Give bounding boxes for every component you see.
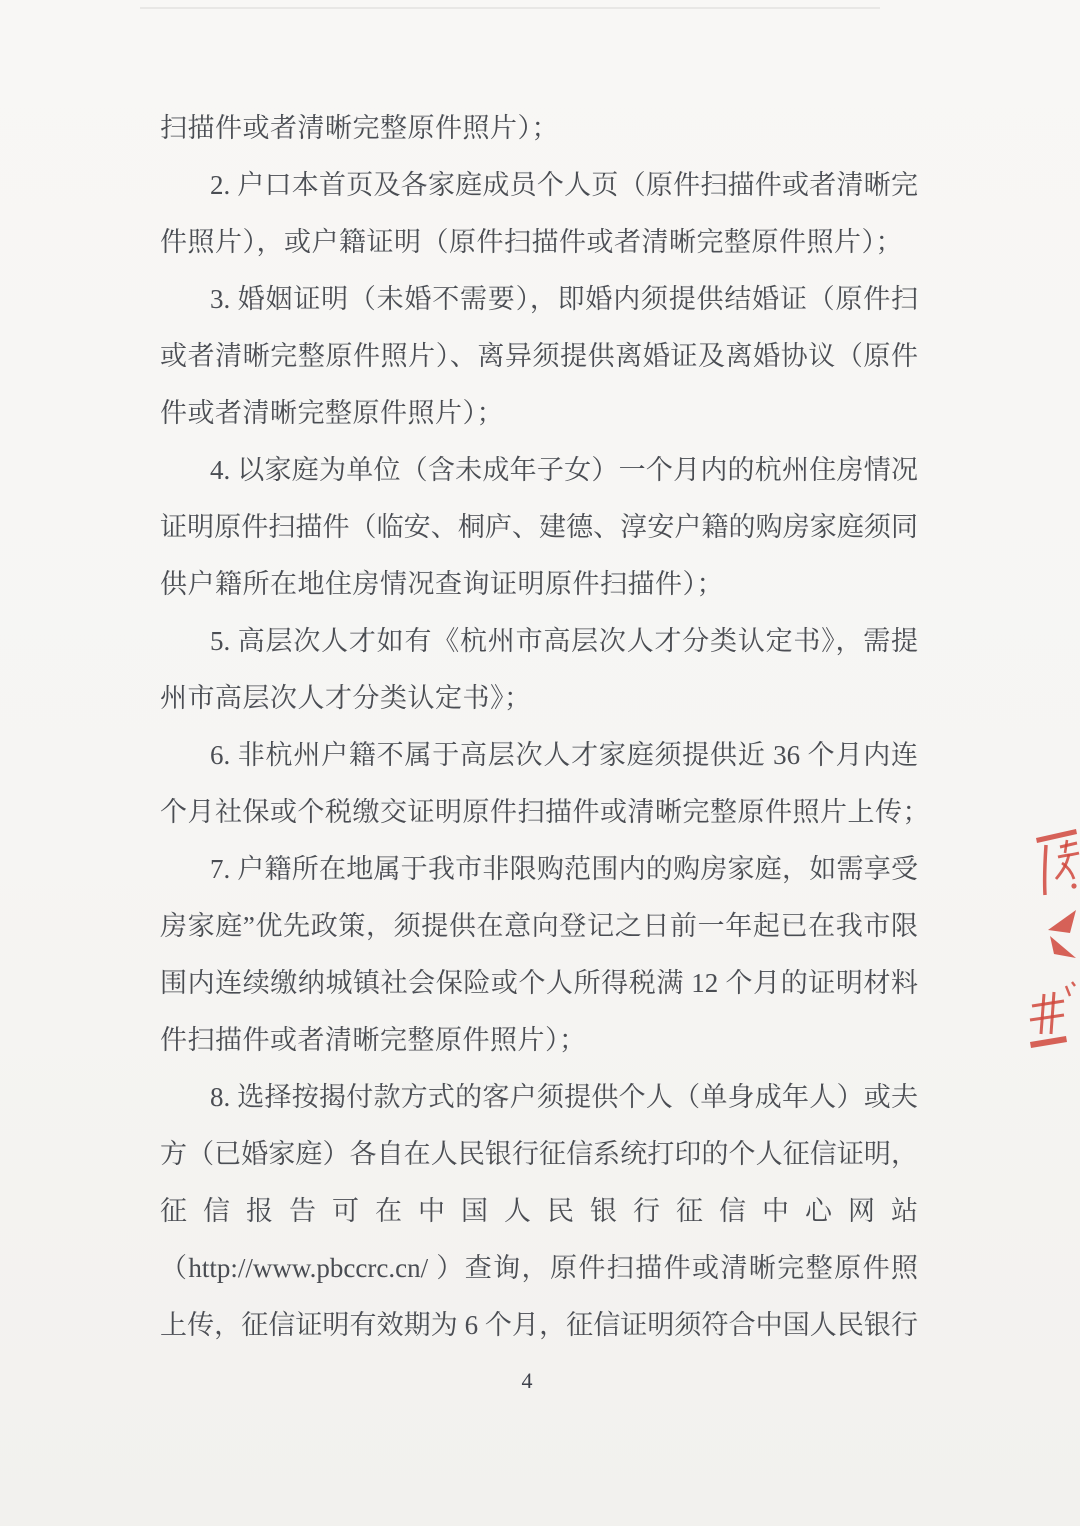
text-line: 6. 非杭州户籍不属于高层次人才家庭须提供近 36 个月内连续 24: [160, 727, 918, 784]
text-line: 个月社保或个税缴交证明原件扫描件或清晰完整原件照片上传；: [160, 784, 918, 841]
text-line: 或者清晰完整原件照片）、离异须提供离婚证及离婚协议（原件扫描: [160, 328, 918, 385]
stamp-fragment-bottom: [1028, 980, 1080, 1052]
text-line: 扫描件或者清晰完整原件照片）；: [160, 100, 918, 157]
text-line: 围内连续缴纳城镇社会保险或个人所得税满 12 个月的证明材料（原: [160, 955, 918, 1012]
stamp-fragment-top: [1032, 824, 1080, 900]
text-line: 5. 高层次人才如有《杭州市高层次人才分类认定书》，需提供《杭: [160, 613, 918, 670]
text-line: 2. 户口本首页及各家庭成员个人页（原件扫描件或者清晰完整原: [160, 157, 918, 214]
text-line: 件扫描件或者清晰完整原件照片）；: [160, 1012, 918, 1069]
text-line: 房家庭”优先政策，须提供在意向登记之日前一年起已在我市限购范: [160, 898, 918, 955]
document-text: 扫描件或者清晰完整原件照片）； 2. 户口本首页及各家庭成员个人页（原件扫描件或…: [160, 100, 918, 1354]
document-page: 扫描件或者清晰完整原件照片）； 2. 户口本首页及各家庭成员个人页（原件扫描件或…: [0, 0, 1080, 1526]
text-line: 件照片），或户籍证明（原件扫描件或者清晰完整原件照片）；: [160, 214, 918, 271]
text-line: 7. 户籍所在地属于我市非限购范围内的购房家庭，如需享受“无: [160, 841, 918, 898]
text-line: （http://www.pbccrc.cn/ ）查询，原件扫描件或清晰完整原件照…: [160, 1240, 918, 1297]
scan-artifact-line: [140, 7, 880, 9]
text-line: 3. 婚姻证明（未婚不需要），即婚内须提供结婚证（原件扫描件: [160, 271, 918, 328]
text-line: 征信报告可在中国人民银行征信中心网站: [160, 1183, 918, 1240]
text-line: 件或者清晰完整原件照片）；: [160, 385, 918, 442]
text-line: 证明原件扫描件（临安、桐庐、建德、淳安户籍的购房家庭须同时提: [160, 499, 918, 556]
text-line: 上传，征信证明有效期为 6 个月，征信证明须符合中国人民银行的征: [160, 1297, 918, 1354]
text-line: 8. 选择按揭付款方式的客户须提供个人（单身成年人）或夫妻双: [160, 1069, 918, 1126]
text-line: 供户籍所在地住房情况查询证明原件扫描件）；: [160, 556, 918, 613]
text-line: 州市高层次人才分类认定书》；: [160, 670, 918, 727]
text-line: 4. 以家庭为单位（含未成年子女）一个月内的杭州住房情况查询: [160, 442, 918, 499]
stamp-fragment-middle: [1040, 908, 1080, 960]
page-number: 4: [0, 1366, 1054, 1396]
text-line: 方（已婚家庭）各自在人民银行征信系统打印的个人征信证明，个人: [160, 1126, 918, 1183]
